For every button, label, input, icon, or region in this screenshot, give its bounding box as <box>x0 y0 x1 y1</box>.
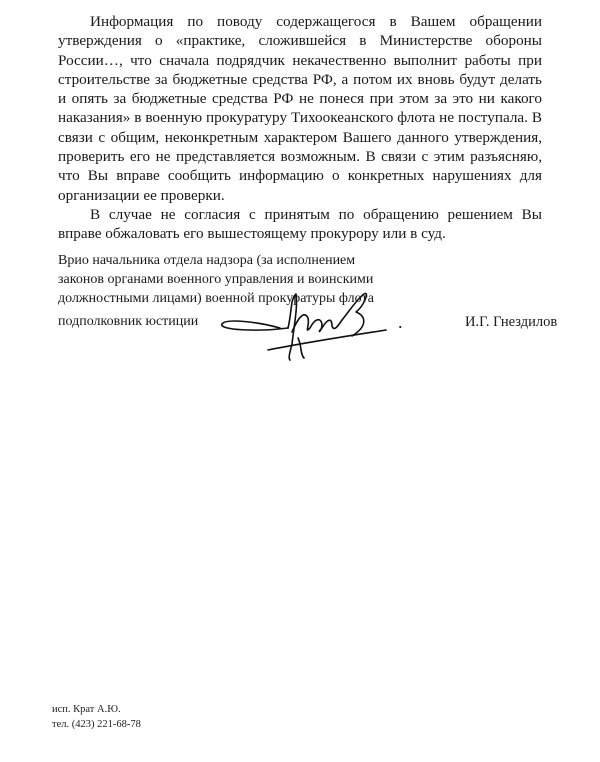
signature-row: подполковник юстиции . И.Г. Гнездилов <box>58 314 558 354</box>
signature-icon <box>218 292 388 362</box>
letter-body: Информация по поводу содержащегося в Ваш… <box>58 12 542 244</box>
executor-phone: тел. (423) 221-68-78 <box>52 717 141 732</box>
signatory-rank: подполковник юстиции <box>58 314 198 330</box>
paragraph-appeal-rights: В случае не согласия с принятым по обращ… <box>58 205 542 244</box>
position-line: Врио начальника отдела надзора (за испол… <box>58 251 418 270</box>
signatory-name: И.Г. Гнездилов <box>465 314 557 331</box>
signature-dot: . <box>398 312 403 333</box>
paragraph-main: Информация по поводу содержащегося в Ваш… <box>58 12 542 205</box>
position-line: законов органами военного управления и в… <box>58 270 418 289</box>
letter-page: Информация по поводу содержащегося в Ваш… <box>0 0 600 762</box>
executor-name: исп. Крат А.Ю. <box>52 702 141 717</box>
executor-footer: исп. Крат А.Ю. тел. (423) 221-68-78 <box>52 702 141 732</box>
